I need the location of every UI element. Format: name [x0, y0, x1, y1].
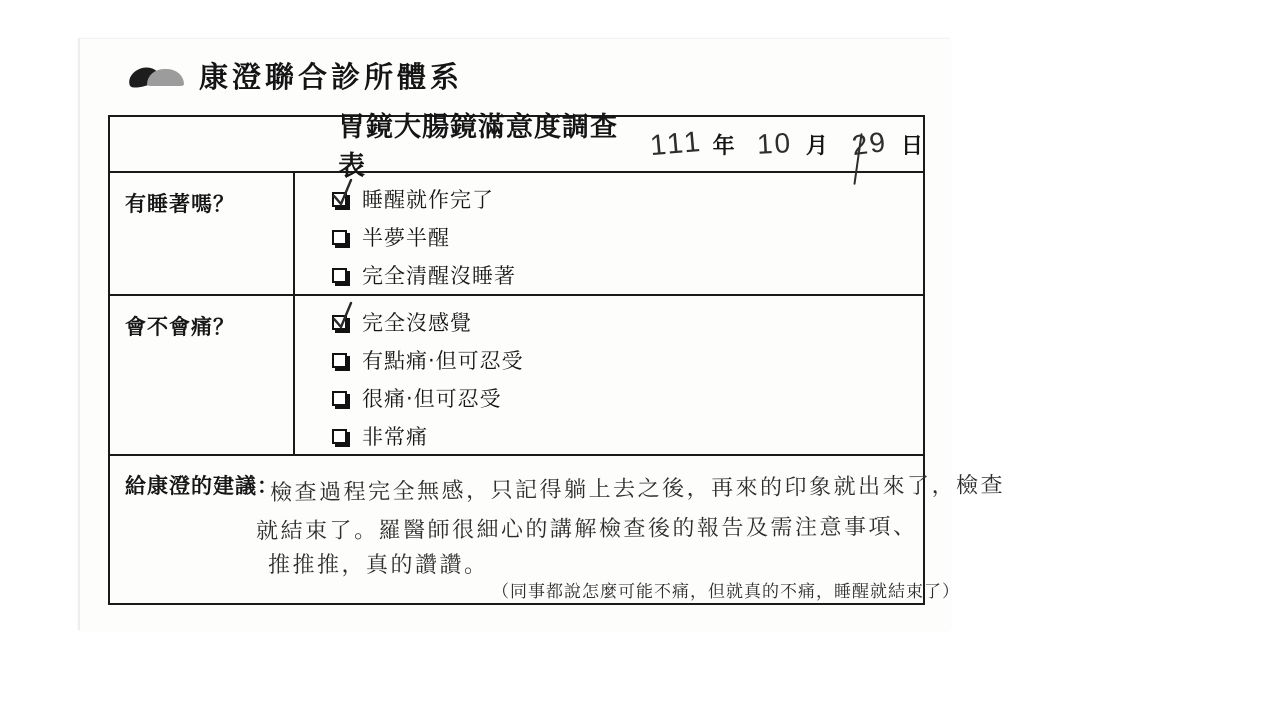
title-row: 胃鏡大腸鏡滿意度調查表 111 年 10 月 29 日: [110, 117, 923, 173]
option-label: 完全沒感覺: [362, 307, 472, 337]
checkbox-icon: [332, 268, 347, 283]
checkbox-unchecked: [332, 229, 349, 246]
handwritten-month: 10: [756, 127, 793, 161]
checkbox-icon: [332, 391, 347, 406]
option-label: 半夢半醒: [362, 222, 450, 252]
checkmark-icon: [330, 300, 356, 332]
option-label: 非常痛: [362, 421, 428, 451]
checkbox-unchecked: [332, 267, 349, 284]
question-pain-label: 會不會痛？: [110, 296, 295, 454]
form-title: 胃鏡大腸鏡滿意度調查表: [338, 105, 642, 183]
question-pain-row: 會不會痛？ 完全沒感覺 有點痛‧但可忍受: [110, 296, 923, 456]
checkbox-unchecked: [332, 352, 349, 369]
suggestions-row: 給康澄的建議： 檢查過程完全無感，只記得躺上去之後，再來的印象就出來了，檢查 就…: [110, 456, 923, 603]
logo-gray-shape: [147, 69, 184, 86]
checkbox-unchecked: [332, 428, 349, 445]
checkbox-unchecked: [332, 390, 349, 407]
handwritten-year: 111: [648, 125, 704, 163]
option-row: 睡醒就作完了: [332, 187, 516, 211]
month-label: 月: [806, 129, 828, 160]
clinic-logo-icon: [128, 60, 186, 90]
option-row: 非常痛: [332, 424, 524, 448]
year-label: 年: [713, 129, 735, 160]
survey-table: 胃鏡大腸鏡滿意度調查表 111 年 10 月 29 日 有睡著嗎？ 睡醒就作: [108, 115, 925, 605]
checkbox-checked: [332, 191, 349, 208]
handwritten-comment-line-1: 檢查過程完全無感，只記得躺上去之後，再來的印象就出來了，檢查: [270, 468, 1005, 507]
checkbox-icon: [332, 230, 347, 245]
handwritten-comment-line-4: （同事都說怎麼可能不痛，但就真的不痛，睡醒就結束了）: [492, 577, 960, 602]
question-sleep-options: 睡醒就作完了 半夢半醒 完全清醒沒睡著: [295, 173, 516, 294]
clinic-header: 康澄聯合診所體系: [128, 56, 463, 94]
handwritten-comment-line-2: 就結束了。羅醫師很細心的講解檢查後的報告及需注意事項、: [256, 510, 918, 546]
option-label: 完全清醒沒睡著: [362, 260, 516, 290]
handwritten-day: 29: [850, 126, 889, 162]
suggestions-label: 給康澄的建議：: [125, 470, 279, 500]
day-label: 日: [901, 129, 923, 160]
option-row: 半夢半醒: [332, 225, 516, 249]
option-label: 睡醒就作完了: [362, 184, 494, 214]
option-row: 很痛‧但可忍受: [332, 386, 524, 410]
question-sleep-row: 有睡著嗎？ 睡醒就作完了 半夢半醒 完全: [110, 173, 923, 296]
option-row: 完全清醒沒睡著: [332, 263, 516, 287]
checkbox-checked: [332, 314, 349, 331]
option-label: 很痛‧但可忍受: [362, 383, 502, 413]
clinic-name: 康澄聯合診所體系: [199, 55, 463, 96]
checkbox-icon: [332, 429, 347, 444]
option-row: 有點痛‧但可忍受: [332, 348, 524, 372]
handwritten-comment-line-3: 推推推，真的讚讚。: [268, 548, 489, 579]
option-row: 完全沒感覺: [332, 310, 524, 334]
scanned-survey-form: 康澄聯合診所體系 胃鏡大腸鏡滿意度調查表 111 年 10 月 29 日 有睡著…: [78, 38, 950, 630]
question-sleep-label: 有睡著嗎？: [110, 173, 295, 294]
question-pain-options: 完全沒感覺 有點痛‧但可忍受 很痛‧但可忍受 非常痛: [295, 296, 524, 454]
checkbox-icon: [332, 353, 347, 368]
option-label: 有點痛‧但可忍受: [362, 345, 524, 375]
